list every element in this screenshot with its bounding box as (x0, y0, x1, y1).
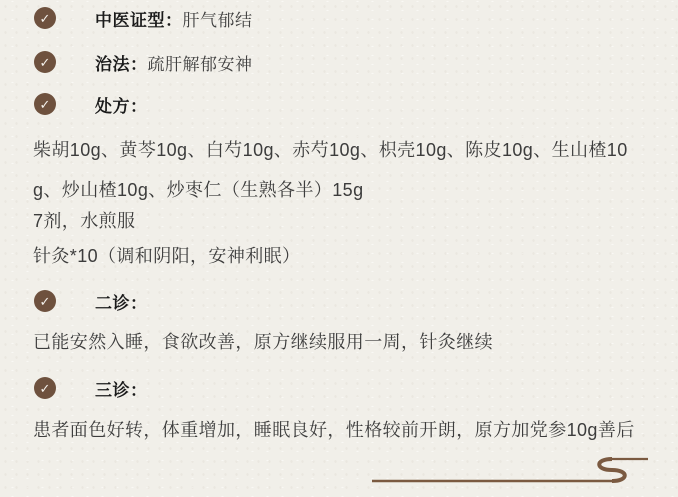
check-icon: ✓ (34, 93, 56, 115)
treatment-value: 疏肝解郁安神 (148, 50, 253, 75)
treatment-label: 治法： (95, 50, 148, 75)
bullet-item-treatment: ✓ 治法： 疏肝解郁安神 (34, 51, 253, 73)
bullet-item-prescription: ✓ 处方： (34, 93, 148, 115)
syndrome-value: 肝气郁结 (183, 6, 253, 31)
third-visit-label: 三诊： (95, 376, 148, 401)
bullet-item-syndrome: ✓ 中医证型： 肝气郁结 (34, 7, 253, 29)
prescription-label: 处方： (95, 92, 148, 117)
check-icon: ✓ (34, 7, 56, 29)
check-icon: ✓ (34, 51, 56, 73)
syndrome-label: 中医证型： (95, 6, 183, 31)
prescription-text: 柴胡10g、黄芩10g、白芍10g、赤芍10g、枳壳10g、陈皮10g、生山楂1… (33, 130, 651, 210)
third-visit-note: 患者面色好转，体重增加，睡眠良好，性格较前开朗，原方加党参10g善后 (33, 410, 651, 450)
bullet-item-second-visit: ✓ 二诊： (34, 290, 148, 312)
acupuncture-text: 针灸*10（调和阴阳，安神利眠） (33, 236, 651, 276)
case-note-document: ✓ 中医证型： 肝气郁结 ✓ 治法： 疏肝解郁安神 ✓ 处方： 柴胡10g、黄芩… (0, 0, 678, 497)
check-icon: ✓ (34, 290, 56, 312)
check-icon: ✓ (34, 377, 56, 399)
scroll-line-decoration (372, 452, 650, 486)
dosage-text: 7剂，水煎服 (33, 201, 651, 241)
second-visit-label: 二诊： (95, 289, 148, 314)
bullet-item-third-visit: ✓ 三诊： (34, 377, 148, 399)
second-visit-note: 已能安然入睡，食欲改善，原方继续服用一周，针灸继续 (33, 322, 651, 362)
